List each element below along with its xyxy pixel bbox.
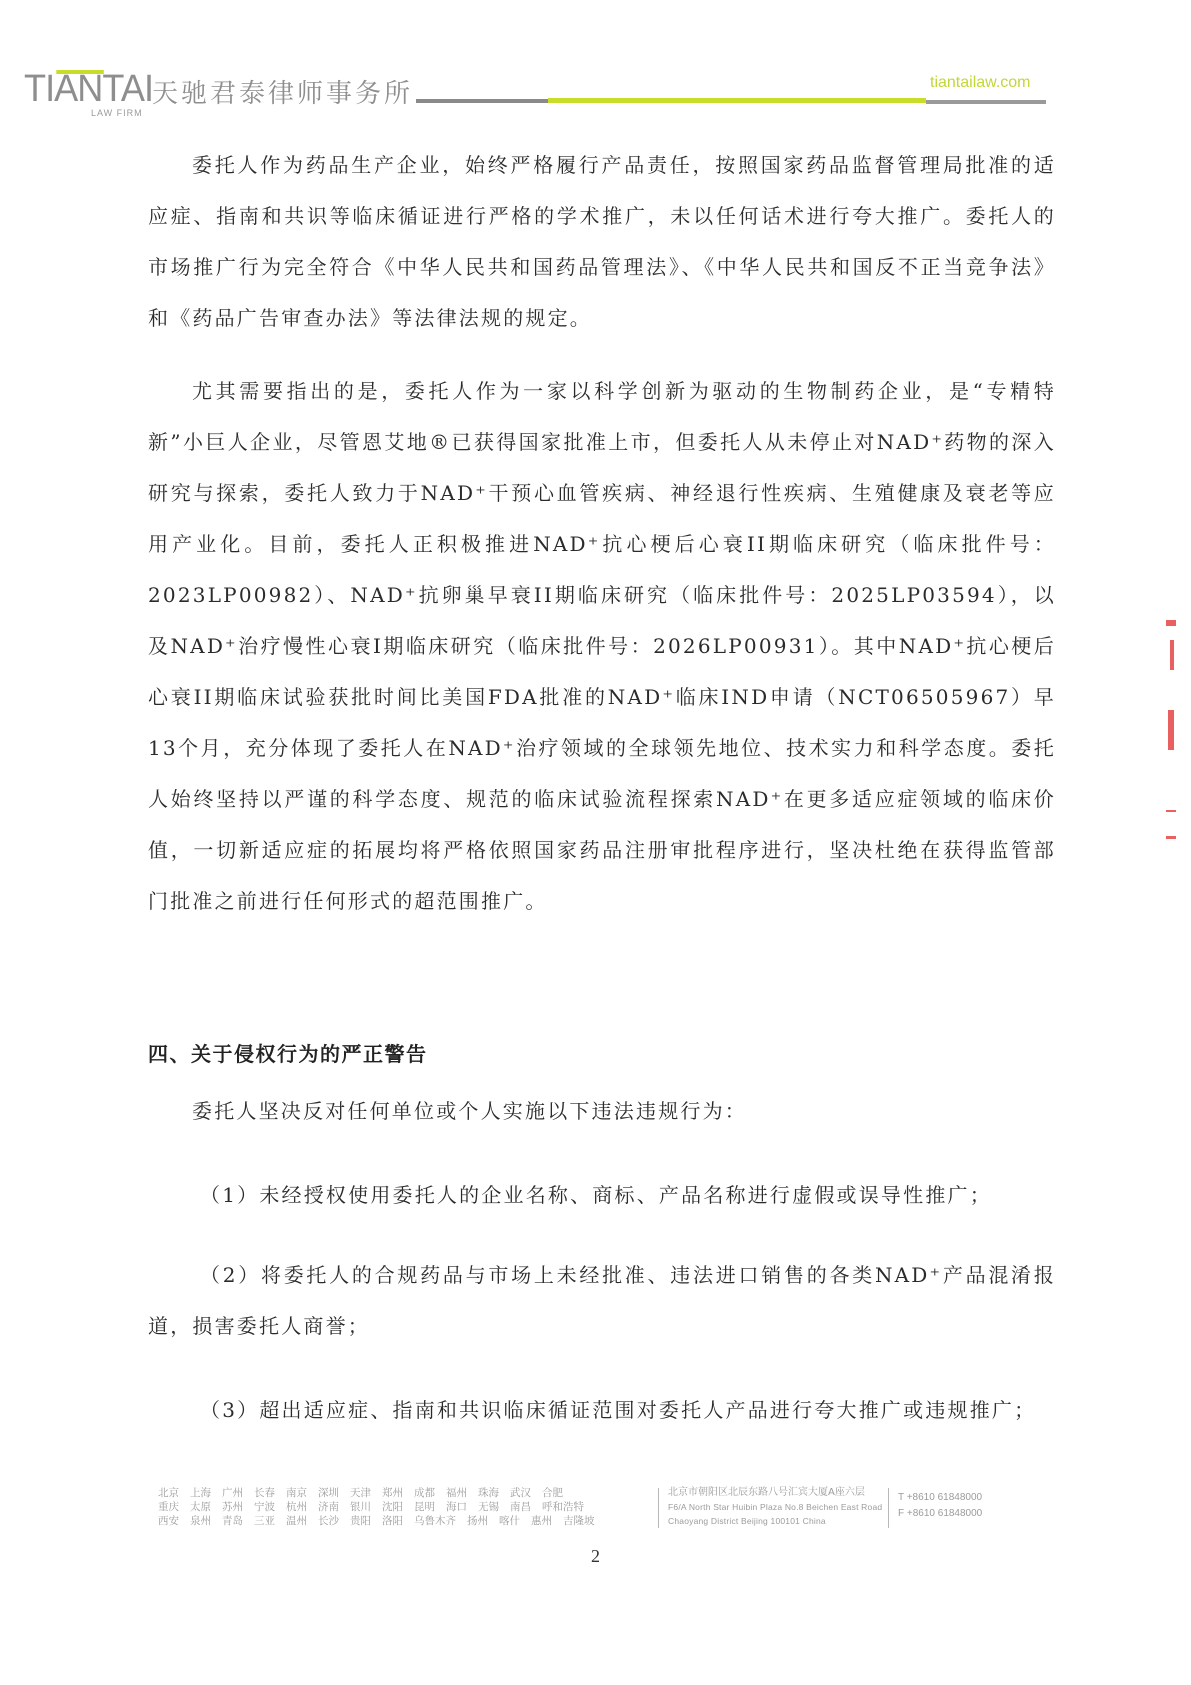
- paragraph-intro: 委托人坚决反对任何单位或个人实施以下违法违规行为：: [148, 1086, 1056, 1137]
- list-item: （3）超出适应症、指南和共识临床循证范围对委托人产品进行夸大推广或违规推广；: [148, 1385, 1056, 1436]
- list-item: （1）未经授权使用委托人的企业名称、商标、产品名称进行虚假或误导性推广；: [148, 1170, 1056, 1221]
- footer-divider: [888, 1488, 889, 1528]
- address-en-line2: Chaoyang District Beijing 100101 China: [668, 1514, 882, 1528]
- seal-fragment: [1168, 710, 1174, 750]
- header-rule-green: [548, 98, 926, 103]
- address-en-line1: F6/A North Star Huibin Plaza No.8 Beiche…: [668, 1500, 882, 1514]
- logo-wordmark: TIANTAI: [24, 70, 153, 108]
- section-heading: 四、关于侵权行为的严正警告: [148, 1038, 428, 1067]
- list-item: （2）将委托人的合规药品与市场上未经批准、违法进口销售的各类NAD⁺产品混淆报道…: [148, 1250, 1056, 1352]
- city-row: 重庆太原苏州宁波杭州济南银川沈阳昆明海口无锡南昌呼和浩特: [158, 1500, 606, 1514]
- address-cn: 北京市朝阳区北辰东路八号汇宾大厦A座六层: [668, 1486, 882, 1500]
- firm-logo: TIANTAI LAW FIRM: [24, 70, 160, 108]
- seal-fragment: [1166, 620, 1176, 626]
- letterhead-footer: 北京上海广州长春南京深圳天津郑州成都福州珠海武汉合肥 重庆太原苏州宁波杭州济南银…: [158, 1486, 1018, 1546]
- phone-number: T +8610 61848000: [898, 1490, 982, 1506]
- paragraph-compliance: 委托人作为药品生产企业，始终严格履行产品责任，按照国家药品监督管理局批准的适应症…: [148, 140, 1056, 344]
- logo-subtext: LAW FIRM: [91, 108, 143, 118]
- contact-numbers: T +8610 61848000 F +8610 61848000: [898, 1490, 982, 1522]
- seal-fragment: [1166, 810, 1176, 812]
- city-row: 北京上海广州长春南京深圳天津郑州成都福州珠海武汉合肥: [158, 1486, 606, 1500]
- footer-divider: [658, 1488, 659, 1528]
- header-rule-gray-right: [926, 100, 1046, 104]
- website-link[interactable]: tiantailaw.com: [930, 74, 1031, 92]
- firm-name: 天驰君泰律师事务所: [152, 73, 413, 110]
- seal-fragment: [1166, 836, 1176, 839]
- city-row: 西安泉州青岛三亚温州长沙贵阳洛阳乌鲁木齐扬州喀什惠州吉隆坡: [158, 1514, 606, 1528]
- office-address: 北京市朝阳区北辰东路八号汇宾大厦A座六层 F6/A North Star Hui…: [668, 1486, 882, 1528]
- page-number: 2: [0, 1546, 1191, 1567]
- office-cities: 北京上海广州长春南京深圳天津郑州成都福州珠海武汉合肥 重庆太原苏州宁波杭州济南银…: [158, 1486, 606, 1528]
- letterhead: TIANTAI LAW FIRM 天驰君泰律师事务所 tiantailaw.co…: [0, 0, 1191, 120]
- paragraph-research: 尤其需要指出的是，委托人作为一家以科学创新为驱动的生物制药企业，是“专精特新”小…: [148, 366, 1056, 927]
- fax-number: F +8610 61848000: [898, 1506, 982, 1522]
- logo-accent-bar: [56, 70, 103, 74]
- seal-fragment: [1170, 640, 1174, 670]
